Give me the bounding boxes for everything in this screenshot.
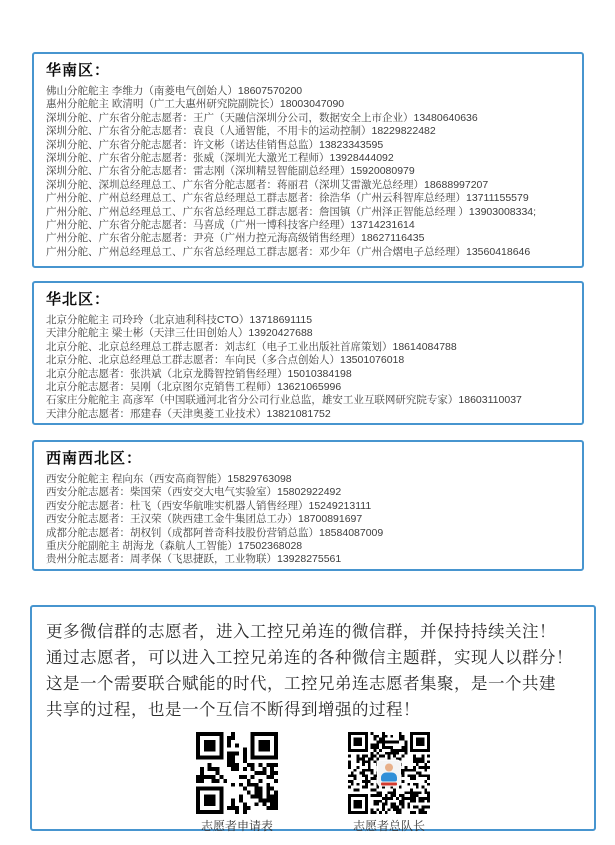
footer-text-line: 共享的过程，也是一个互信不断得到增强的过程！ [46,697,580,723]
avatar-head-icon [385,764,393,772]
avatar-caption-bar [381,783,397,786]
avatar-body-icon [381,773,397,782]
member-line: 重庆分舵副舵主 胡海龙（森航人工智能）17502368028 [46,540,570,553]
member-line: 西安分舵志愿者：杜飞（西安华航唯实机器人销售经理）15249213111 [46,500,570,513]
member-line: 北京分舵志愿者：张洪斌（北京龙腾智控销售经理）15010384198 [46,368,570,381]
member-line: 深圳分舵、广东省分舵志愿者：王广（天融信深圳分公司，数据安全上市企业）13480… [46,112,570,125]
member-line: 北京分舵舵主 司玲玲（北京迪利科技CTO）13718691115 [46,314,570,327]
member-line: 贵州分舵志愿者：周孝保（飞思捷跃，工业物联）13928275561 [46,553,570,566]
footer-text-line: 通过志愿者，可以进入工控兄弟连的各种微信主题群，实现人以群分！ [46,645,580,671]
document-page: 华南区： 佛山分舵舵主 李维力（南菱电气创始人）18607570200 惠州分舵… [0,0,615,845]
member-line: 广州分舵、广州总经理总工、广东省总经理总工群志愿者：詹国镇（广州泽正智能总经理 … [46,206,570,219]
qr-unit-captain: 志愿者总队长 [348,732,430,834]
region-card-xinanxibei: 西南西北区： 西安分舵舵主 程向东（西安高商智能）15829763098 西安分… [32,440,584,571]
qr-unit-application-form: 志愿者申请表 [196,732,278,834]
member-line: 北京分舵志愿者：吴刚（北京图尔克销售工程师）13621065996 [46,381,570,394]
member-line: 广州分舵、广东省分舵志愿者：马喜成（广州一博科技客户经理）13714231614 [46,219,570,232]
qr-code-captain-icon [348,732,430,814]
region-title-huanan: 华南区： [46,61,570,81]
member-line: 广州分舵、广州总经理总工、广东省总经理总工群志愿者：徐浩华（广州云科智库总经理）… [46,192,570,205]
member-line: 天津分舵志愿者：邢建春（天津奥菱工业技术）13821081752 [46,408,570,421]
member-line: 深圳分舵、广东省分舵志愿者：许文彬（诺达佳销售总监）13823343595 [46,139,570,152]
qr-row: 志愿者申请表 志愿者总队长 [46,732,580,834]
member-line: 西安分舵舵主 程向东（西安高商智能）15829763098 [46,473,570,486]
region-title-xinanxibei: 西南西北区： [46,449,570,469]
footer-text-line: 更多微信群的志愿者，进入工控兄弟连的微信群，并保持持续关注！ [46,619,580,645]
footer-card: 更多微信群的志愿者，进入工控兄弟连的微信群，并保持持续关注！ 通过志愿者，可以进… [30,605,596,831]
qr-label-application-form: 志愿者申请表 [201,818,273,834]
region-card-huanan: 华南区： 佛山分舵舵主 李维力（南菱电气创始人）18607570200 惠州分舵… [32,52,584,268]
qr-label-captain: 志愿者总队长 [353,818,425,834]
member-line: 深圳分舵、广东省分舵志愿者：袁良（人通智能，不用卡的运动控制）182298224… [46,125,570,138]
member-line: 西安分舵志愿者：王汉荣（陕西建工金牛集团总工办）18700891697 [46,513,570,526]
member-line: 石家庄分舵舵主 高彦军（中国联通河北省分公司行业总监，雄安工业互联网研究院专家）… [46,394,570,407]
region-title-huabei: 华北区： [46,290,570,310]
member-line: 广州分舵、广东省分舵志愿者：尹亮（广州力控元海高级销售经理）1862711643… [46,232,570,245]
captain-avatar [377,760,401,787]
member-line: 惠州分舵舵主 欧清明（广工大惠州研究院副院长）18003047090 [46,98,570,111]
member-line: 深圳分舵、广东省分舵志愿者：张威（深圳光大激光工程师）13928444092 [46,152,570,165]
region-card-huabei: 华北区： 北京分舵舵主 司玲玲（北京迪利科技CTO）13718691115 天津… [32,281,584,425]
member-line: 北京分舵、北京总经理总工群志愿者：刘志红（电子工业出版社首席策划）1861408… [46,341,570,354]
member-line: 广州分舵、广州总经理总工、广东省总经理总工群志愿者：邓少年（广州合熠电子总经理）… [46,246,570,259]
member-line: 成都分舵志愿者：胡权钊（成都阿普奇科技股份营销总监）18584087009 [46,527,570,540]
footer-text-line: 这是一个需要联合赋能的时代，工控兄弟连志愿者集聚，是一个共建 [46,671,580,697]
qr-code-application-form-icon [196,732,278,814]
member-line: 西安分舵志愿者：柴国荣（西安交大电气实验室）15802922492 [46,486,570,499]
member-line: 天津分舵舵主 梁士彬（天津三仕田创始人）13920427688 [46,327,570,340]
member-line: 北京分舵、北京总经理总工群志愿者：车向民（多合点创始人）13501076018 [46,354,570,367]
member-line: 深圳分舵、深圳总经理总工、广东省分舵志愿者：蒋丽君（深圳艾雷激光总经理）1868… [46,179,570,192]
member-line: 深圳分舵、广东省分舵志愿者：雷志刚（深圳精昱智能副总经理）15920080979 [46,165,570,178]
member-line: 佛山分舵舵主 李维力（南菱电气创始人）18607570200 [46,85,570,98]
